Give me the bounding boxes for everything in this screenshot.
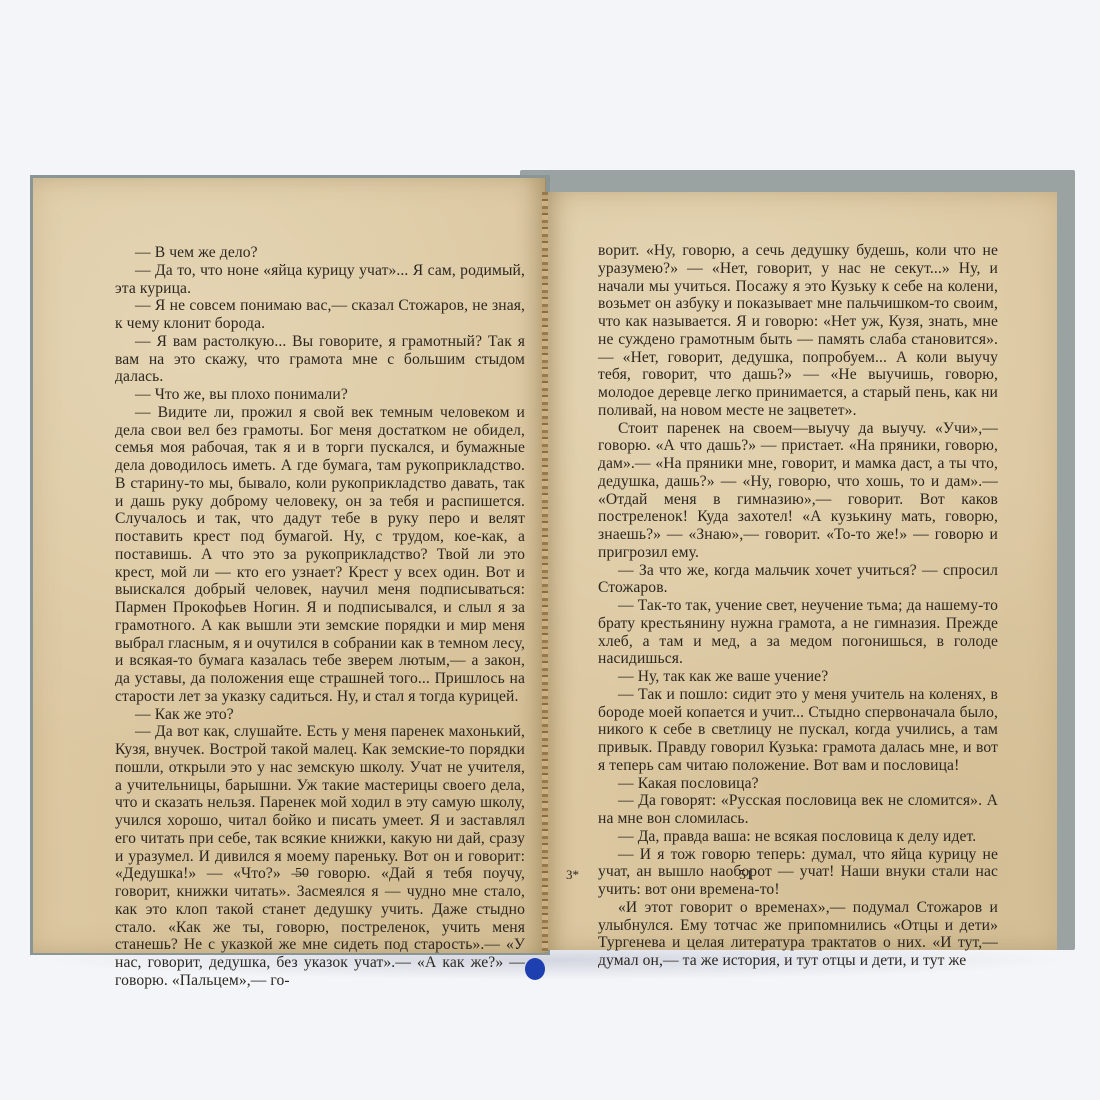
left-page-number: 50 (295, 866, 309, 882)
right-page-text: ворит. «Ну, говорю, а сечь дедушку будеш… (598, 242, 998, 970)
book-gutter (542, 192, 548, 952)
paragraph: — Как же это? (115, 706, 525, 724)
paragraph: — Да то, что ноне «яйца курицу учат»... … (115, 262, 525, 298)
paragraph: — Так-то так, учение свет, неучение тьма… (598, 597, 998, 668)
paragraph: — Так и пошло: сидит это у меня учитель … (598, 686, 998, 775)
paragraph: — В чем же дело? (115, 244, 525, 262)
left-page-text: — В чем же дело?— Да то, что ноне «яйца … (115, 244, 525, 990)
paragraph: — Я вам растолкую... Вы говорите, я грам… (115, 333, 525, 386)
paragraph: — Видите ли, прожил я свой век темным че… (115, 404, 525, 706)
paragraph: — Да вот как, слушайте. Есть у меня паре… (115, 723, 525, 989)
paragraph: «И этот говорит о временах»,— подумал Ст… (598, 899, 998, 970)
paragraph: Стоит паренек на своем—выучу да выучу. «… (598, 420, 998, 562)
paragraph: — Я не совсем понимаю вас,— сказал Стожа… (115, 297, 525, 333)
signature-mark: 3* (566, 867, 579, 883)
paragraph: ворит. «Ну, говорю, а сечь дедушку будеш… (598, 242, 998, 420)
paragraph: — За что же, когда мальчик хочет учиться… (598, 562, 998, 598)
paragraph: — Ну, так как же ваше учение? (598, 668, 998, 686)
paragraph: — Что же, вы плохо понимали? (115, 386, 525, 404)
paragraph: — Да говорят: «Русская пословица век не … (598, 792, 998, 828)
paragraph: — Да, правда ваша: не всякая пословица к… (598, 828, 998, 846)
binding-thread-bottom (525, 958, 545, 980)
right-page-number: 51 (739, 868, 753, 884)
paragraph: — И я тож говорю теперь: думал, что яйца… (598, 846, 998, 899)
paragraph: — Какая пословица? (598, 775, 998, 793)
